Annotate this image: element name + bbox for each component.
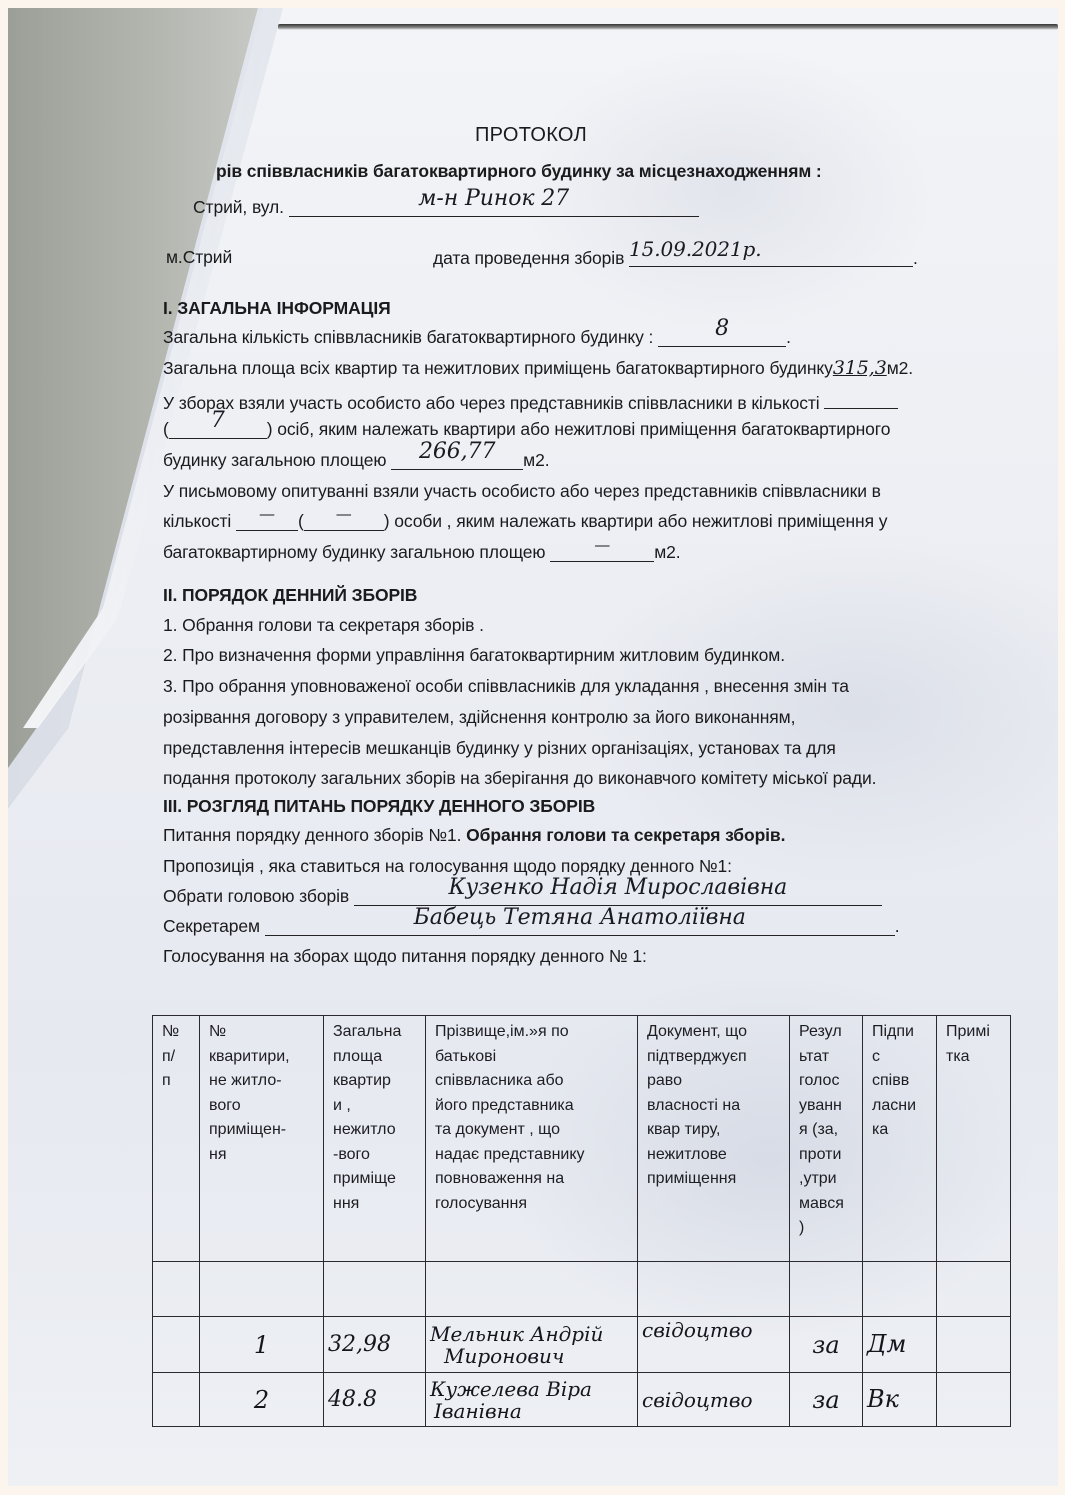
cell-document [638,1262,790,1317]
attended-rest: ) осіб, яким належать квартири або нежит… [267,419,891,439]
cell-vote: за [790,1373,863,1427]
agenda-item-3-cont-2: представлення інтересів мешканців будинк… [163,737,836,759]
cell-num [153,1373,200,1427]
owner-name-line-2: Іванівна [430,1400,633,1422]
secretary-line: Секретарем Бабець Тетяна Анатоліївна . [163,915,900,937]
cell-owner [426,1262,638,1317]
written-rest: ) особи , яким належать квартири або неж… [384,511,888,531]
cell-num [153,1317,200,1373]
written-count-field: — [236,510,298,531]
question-title: Обрання голови та секретаря зборів. [466,825,785,845]
secretary-value: Бабець Тетяна Анатоліївна [414,905,746,930]
address-field: м-н Ринок 27 [289,196,699,217]
table-row [153,1262,1011,1317]
date-field: 15.09.2021р. [629,246,913,267]
protocol-document: ПРОТОКОЛ рів співвласників багатоквартир… [0,0,1065,1495]
attended-area-field: 266,77 [391,449,523,470]
cell-owner: Кужелева Віра Іванівна [426,1373,638,1427]
owners-total-field: 8 [658,326,786,347]
secretary-label: Секретарем [163,916,260,936]
written-count-line: кількості —(—) особи , яким належать ква… [163,510,887,532]
written-count-value: — [259,504,275,523]
secretary-field: Бабець Тетяна Анатоліївна [265,915,895,936]
cell-apartment: 2 [200,1373,324,1427]
attended-count-line: (7) осіб, яким належать квартири або неж… [163,418,890,440]
area-total-value: 315,3 [833,357,887,379]
date-value: 15.09.2021р. [629,237,761,261]
agenda-item-3-cont-1: розірвання договору з управителем, здійс… [163,706,795,728]
agenda-item-3: 3. Про обрання уповноваженої особи співв… [163,675,849,697]
voting-label: Голосування на зборах щодо питання поряд… [163,945,647,967]
owners-total-line: Загальна кількість співвласників багаток… [163,326,791,348]
cell-area [324,1262,426,1317]
written-paren-value: — [336,504,352,523]
cell-num [153,1262,200,1317]
date-line: дата проведення зборів 15.09.2021р. . [433,246,918,269]
written-area-label: багатоквартирному будинку загальною площ… [163,542,545,562]
question-prefix: Питання порядку денного зборів №1. [163,825,466,845]
cell-vote: за [790,1317,863,1373]
chair-line: Обрати головою зборів Кузенко Надія Миро… [163,885,882,907]
attended-label: У зборах взяли участь особисто або через… [163,393,820,413]
written-area-unit: м2. [654,542,680,562]
date-suffix: . [913,248,918,268]
attended-area-unit: м2. [523,450,549,470]
question-1-line: Питання порядку денного зборів №1. Обран… [163,824,785,846]
chair-label: Обрати головою зборів [163,886,349,906]
owners-total-label: Загальна кількість співвласників багаток… [163,327,653,347]
proposal-label: Пропозиція , яка ставиться на голосуванн… [163,855,732,877]
cell-note [937,1317,1011,1373]
attended-count-value: 7 [211,408,225,433]
chair-field: Кузенко Надія Мирославівна [354,885,882,906]
attended-line: У зборах взяли участь особисто або через… [163,388,898,414]
header-owner-name: Прізвище,ім.»я побатьковіспіввласника аб… [426,1016,638,1262]
header-apartment-number: №кваритири,не житло-вогоприміщен-ня [200,1016,324,1262]
cell-apartment [200,1262,324,1317]
cell-area: 32,98 [324,1317,426,1373]
cell-document: свідоцтво [638,1373,790,1427]
header-vote-result: Результатголосування (за,проти,утримався… [790,1016,863,1262]
attended-area-line: будинку загальною площею 266,77 м2. [163,449,550,471]
header-owner-signature: Підписспіввласника [863,1016,937,1262]
area-total-line: Загальна площа всіх квартир та нежитлови… [163,357,913,379]
owner-name-line-1: Мельник Андрій [430,1323,633,1345]
agenda-item-1: 1. Обрання голови та секретаря зборів . [163,614,484,636]
attended-blank [824,388,898,409]
owners-total-value: 8 [715,316,729,341]
address-value: м-н Ринок 27 [418,186,569,211]
table-row: 2 48.8 Кужелева Віра Іванівна свідоцтво … [153,1373,1011,1427]
city-label: м.Стрий [166,246,232,268]
cell-document: свідоцтво [638,1317,790,1373]
cell-signature [863,1262,937,1317]
cell-signature: Дм [863,1317,937,1373]
written-line: У письмовому опитуванні взяли участь осо… [163,480,881,502]
owner-name-line-1: Кужелева Віра [430,1378,633,1400]
address-line: Стрий, вул. м-н Ринок 27 [193,196,699,218]
cell-apartment: 1 [200,1317,324,1373]
written-count-label: кількості [163,511,231,531]
cell-owner: Мельник Андрій Миронович [426,1317,638,1373]
document-title: ПРОТОКОЛ [475,124,587,146]
attended-area-value: 266,77 [419,439,495,464]
document-subtitle: рів співвласників багатоквартирного буди… [216,160,822,182]
written-paren-field: — [304,510,384,531]
section-2-heading: II. ПОРЯДОК ДЕННИЙ ЗБОРІВ [163,584,417,606]
cell-area: 48.8 [324,1373,426,1427]
written-area-field: — [550,541,654,562]
agenda-item-2: 2. Про визначення форми управління багат… [163,644,785,666]
header-total-area: Загальнаплощаквартири ,нежитло-вогопримі… [324,1016,426,1262]
cell-signature: Вк [863,1373,937,1427]
header-ownership-document: Документ, щопідтверджуєправовласності на… [638,1016,790,1262]
header-note: Примітка [937,1016,1011,1262]
chair-value: Кузенко Надія Мирославівна [449,875,788,900]
voting-table: №п/п №кваритири,не житло-вогоприміщен-ня… [152,1015,1011,1427]
date-label: дата проведення зборів [433,248,624,268]
written-area-line: багатоквартирному будинку загальною площ… [163,541,681,563]
written-area-value: — [594,535,610,554]
area-total-label: Загальна площа всіх квартир та нежитлови… [163,358,833,378]
area-total-unit: м2. [887,358,913,378]
cell-note [937,1262,1011,1317]
cell-vote [790,1262,863,1317]
secretary-suffix: . [895,916,900,936]
agenda-item-3-cont-3: подання протоколу загальних зборів на зб… [163,767,876,789]
owner-name-line-2: Миронович [430,1345,633,1367]
cell-note [937,1373,1011,1427]
attended-count-field: 7 [169,418,267,439]
header-row-number: №п/п [153,1016,200,1262]
address-label: Стрий, вул. [193,197,284,217]
section-3-heading: III. РОЗГЛЯД ПИТАНЬ ПОРЯДКУ ДЕННОГО ЗБОР… [163,795,595,817]
section-1-heading: I. ЗАГАЛЬНА ІНФОРМАЦІЯ [163,297,391,319]
table-row: 1 32,98 Мельник Андрій Миронович свідоцт… [153,1317,1011,1373]
attended-area-label: будинку загальною площею [163,450,386,470]
table-header-row: №п/п №кваритири,не житло-вогоприміщен-ня… [153,1016,1011,1262]
